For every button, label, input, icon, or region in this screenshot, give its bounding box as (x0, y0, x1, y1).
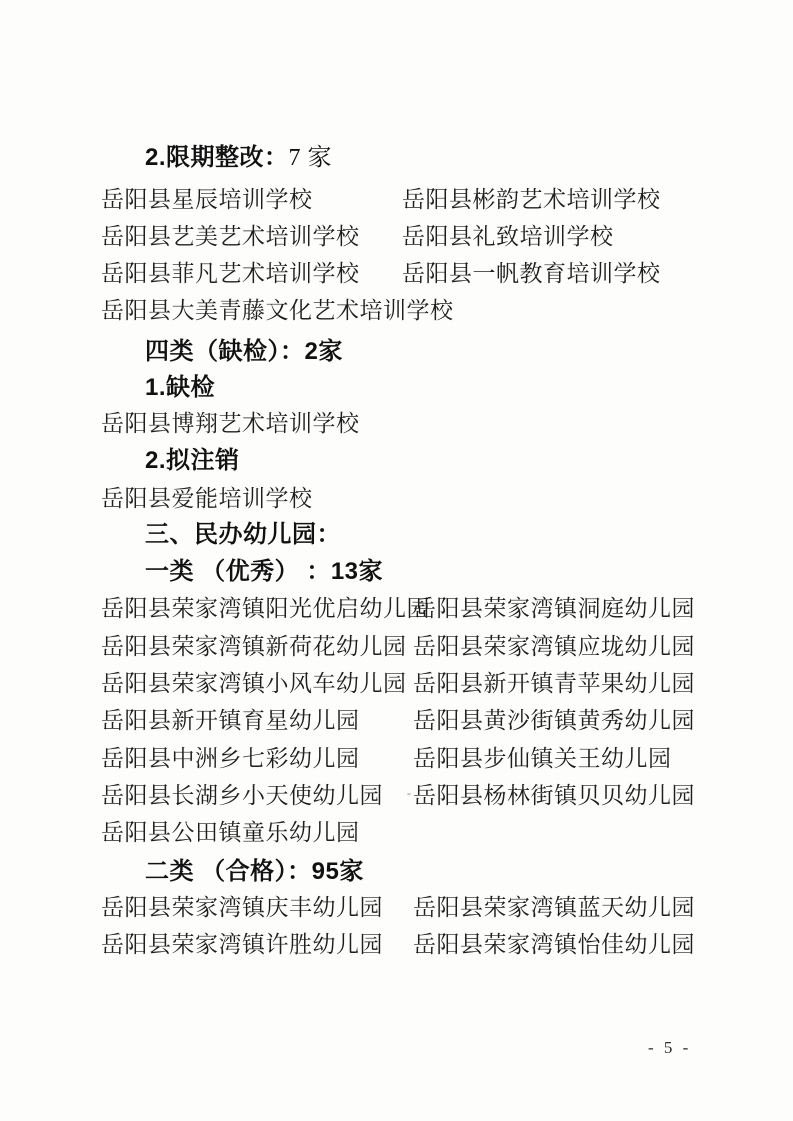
kindergarten-name: 岳阳县公田镇童乐幼儿园 (101, 820, 360, 845)
section-heading-category4: 四类（缺检）：2家 (145, 338, 343, 365)
school-row: 岳阳县菲凡艺术培训学校岳阳县一帆教育培训学校 (101, 260, 661, 287)
school-name: 岳阳县大美青藤文化艺术培训学校 (101, 298, 454, 323)
subsection-heading-deregister: 2.拟注销 (145, 447, 240, 474)
school-row: 岳阳县博翔艺术培训学校 (101, 410, 360, 437)
kindergarten-row: 岳阳县荣家湾镇庆丰幼儿园岳阳县荣家湾镇蓝天幼儿园 (101, 894, 695, 921)
kindergarten-row: 岳阳县中洲乡七彩幼儿园岳阳县步仙镇关王幼儿园 (101, 745, 672, 772)
kindergarten-row: 岳阳县荣家湾镇许胜幼儿园岳阳县荣家湾镇怡佳幼儿园 (101, 931, 695, 958)
section-heading-rectify: 2.限期整改：7 家 (145, 144, 332, 172)
school-row: 岳阳县大美青藤文化艺术培训学校 (101, 297, 454, 324)
school-name: 岳阳县博翔艺术培训学校 (101, 411, 360, 436)
kindergarten-name: 岳阳县黄沙街镇黄秀幼儿园 (413, 708, 695, 733)
scan-speck (407, 793, 411, 795)
heading-bold-text: 2.拟注销 (145, 447, 240, 474)
heading-bold-text: 三、民办幼儿园： (145, 521, 341, 548)
subsection-heading-class1: 一类 （优秀） ：13家 (145, 558, 383, 585)
section-heading-kindergartens: 三、民办幼儿园： (145, 521, 341, 548)
heading-bold-text: 二类 （合格）：95家 (145, 858, 364, 885)
page-number: - 5 - (648, 1038, 691, 1058)
school-name: 岳阳县艺美艺术培训学校 (101, 223, 402, 250)
kindergarten-name: 岳阳县荣家湾镇庆丰幼儿园 (101, 894, 413, 921)
kindergarten-name: 岳阳县荣家湾镇应垅幼儿园 (413, 634, 695, 659)
school-row: 岳阳县星辰培训学校岳阳县彬韵艺术培训学校 (101, 186, 661, 213)
kindergarten-name: 岳阳县荣家湾镇洞庭幼儿园 (413, 596, 695, 621)
school-name: 岳阳县菲凡艺术培训学校 (101, 260, 402, 287)
kindergarten-name: 岳阳县长湖乡小天使幼儿园 (101, 782, 413, 809)
kindergarten-name: 岳阳县新开镇青苹果幼儿园 (413, 671, 695, 696)
kindergarten-name: 岳阳县荣家湾镇许胜幼儿园 (101, 931, 413, 958)
kindergarten-row: 岳阳县长湖乡小天使幼儿园岳阳县杨林街镇贝贝幼儿园 (101, 782, 695, 809)
kindergarten-name: 岳阳县中洲乡七彩幼儿园 (101, 745, 413, 772)
school-name: 岳阳县礼致培训学校 (402, 224, 614, 249)
subsection-heading-class2: 二类 （合格）：95家 (145, 858, 364, 885)
heading-bold-text: 1.缺检 (145, 374, 215, 401)
kindergarten-row: 岳阳县公田镇童乐幼儿园 (101, 819, 360, 846)
school-name: 岳阳县爱能培训学校 (101, 486, 313, 511)
scan-speck (226, 909, 229, 912)
document-page: 2.限期整改：7 家 岳阳县星辰培训学校岳阳县彬韵艺术培训学校 岳阳县艺美艺术培… (0, 0, 793, 1121)
kindergarten-name: 岳阳县步仙镇关王幼儿园 (413, 746, 672, 771)
kindergarten-name: 岳阳县荣家湾镇蓝天幼儿园 (413, 895, 695, 920)
kindergarten-name: 岳阳县杨林街镇贝贝幼儿园 (413, 783, 695, 808)
kindergarten-name: 岳阳县新开镇育星幼儿园 (101, 707, 413, 734)
school-name: 岳阳县星辰培训学校 (101, 186, 402, 213)
kindergarten-name: 岳阳县荣家湾镇怡佳幼儿园 (413, 932, 695, 957)
heading-bold-text: 2.限期整改： (145, 144, 289, 171)
school-name: 岳阳县彬韵艺术培训学校 (402, 187, 661, 212)
heading-bold-text: 一类 （优秀） ：13家 (145, 558, 383, 585)
kindergarten-name: 岳阳县荣家湾镇新荷花幼儿园 (101, 633, 413, 660)
kindergarten-name: 岳阳县荣家湾镇小风车幼儿园 (101, 670, 413, 697)
kindergarten-row: 岳阳县荣家湾镇新荷花幼儿园岳阳县荣家湾镇应垅幼儿园 (101, 633, 695, 660)
school-row: 岳阳县爱能培训学校 (101, 485, 313, 512)
subsection-heading-missing-check: 1.缺检 (145, 374, 215, 401)
school-row: 岳阳县艺美艺术培训学校岳阳县礼致培训学校 (101, 223, 614, 250)
kindergarten-name: 岳阳县荣家湾镇阳光优启幼儿园 (101, 595, 413, 622)
heading-count-text: 7 家 (289, 145, 333, 171)
heading-bold-text: 四类（缺检）：2家 (145, 338, 343, 365)
kindergarten-row: 岳阳县新开镇育星幼儿园岳阳县黄沙街镇黄秀幼儿园 (101, 707, 695, 734)
kindergarten-row: 岳阳县荣家湾镇阳光优启幼儿园岳阳县荣家湾镇洞庭幼儿园 (101, 595, 695, 622)
kindergarten-row: 岳阳县荣家湾镇小风车幼儿园岳阳县新开镇青苹果幼儿园 (101, 670, 695, 697)
school-name: 岳阳县一帆教育培训学校 (402, 261, 661, 286)
